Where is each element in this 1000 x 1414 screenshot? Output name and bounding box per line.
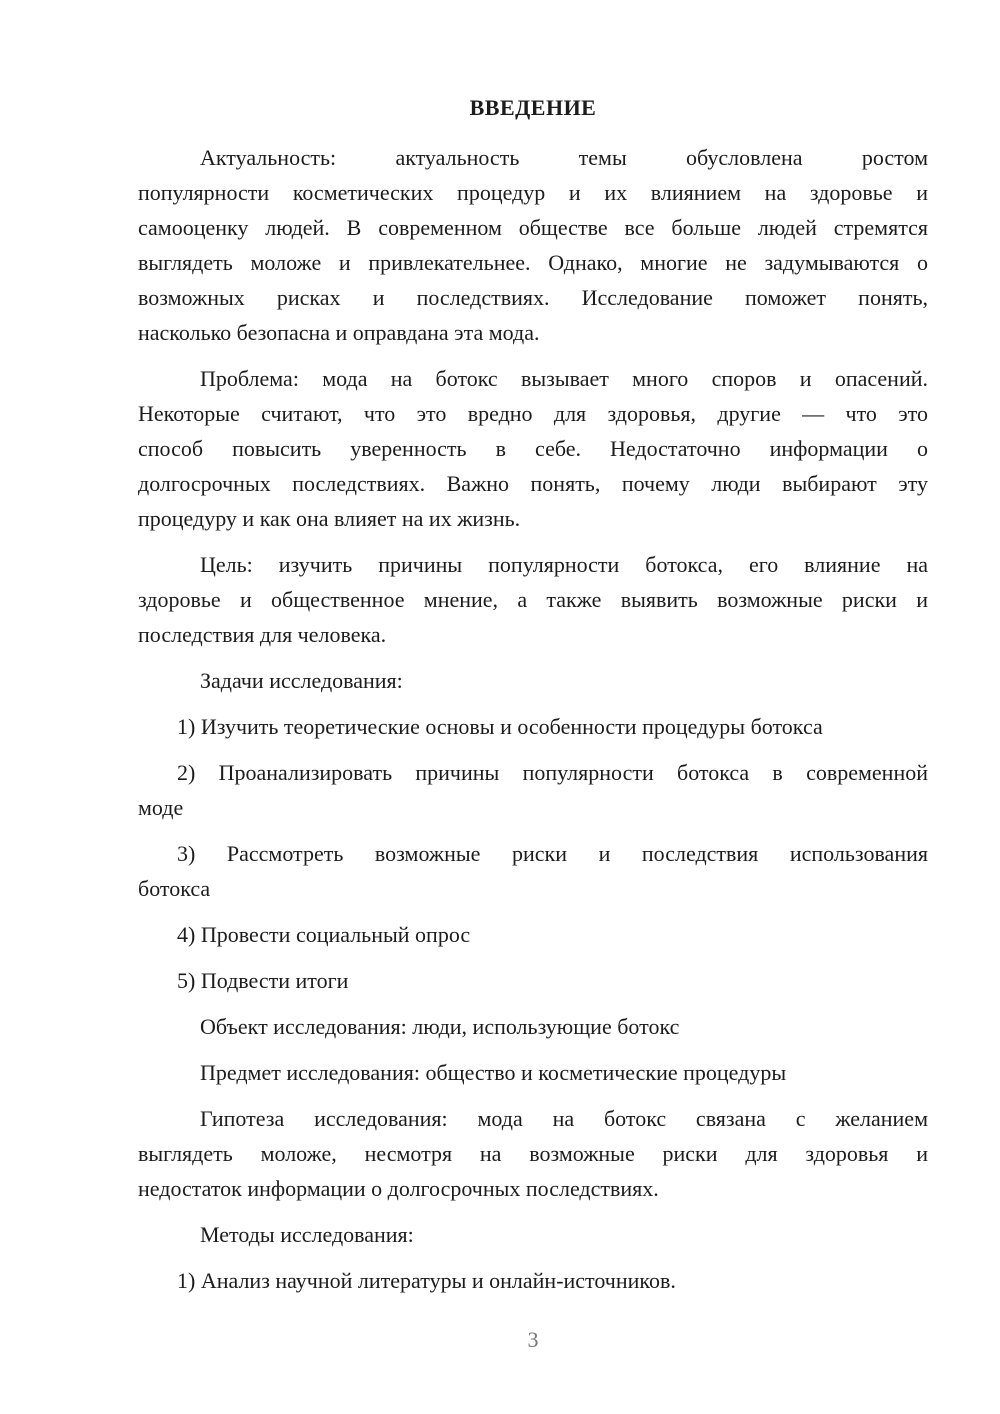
text-line: долгосрочных последствиях. Важно понять,… xyxy=(138,466,928,501)
paragraph: Объект исследования: люди, использующие … xyxy=(138,1009,928,1044)
text-line: Некоторые считают, что это вредно для зд… xyxy=(138,396,928,431)
text-line: моде xyxy=(138,790,928,825)
text-line: насколько безопасна и оправдана эта мода… xyxy=(138,315,928,350)
document-body: Актуальность: актуальность темы обусловл… xyxy=(138,140,928,1298)
text-line: выглядеть моложе, несмотря на возможные … xyxy=(138,1136,928,1171)
document-page: ВВЕДЕНИЕ Актуальность: актуальность темы… xyxy=(0,0,1000,1414)
list-item: 3) Рассмотреть возможные риски и последс… xyxy=(138,836,928,906)
text-line: 1) Анализ научной литературы и онлайн-ис… xyxy=(138,1263,928,1298)
paragraph: Задачи исследования: xyxy=(138,663,928,698)
text-line: здоровье и общественное мнение, а также … xyxy=(138,582,928,617)
text-line: Проблема: мода на ботокс вызывает много … xyxy=(138,361,928,396)
text-line: Методы исследования: xyxy=(138,1217,928,1252)
text-line: выглядеть моложе и привлекательнее. Одна… xyxy=(138,245,928,280)
text-line: недостаток информации о долгосрочных пос… xyxy=(138,1171,928,1206)
text-line: способ повысить уверенность в себе. Недо… xyxy=(138,431,928,466)
text-line: последствия для человека. xyxy=(138,617,928,652)
text-line: Цель: изучить причины популярности боток… xyxy=(138,547,928,582)
text-line: Предмет исследования: общество и космети… xyxy=(138,1055,928,1090)
page-number: 3 xyxy=(138,1322,928,1357)
paragraph: Гипотеза исследования: мода на ботокс св… xyxy=(138,1101,928,1206)
text-line: Актуальность: актуальность темы обусловл… xyxy=(138,140,928,175)
paragraph: Цель: изучить причины популярности боток… xyxy=(138,547,928,652)
text-line: Объект исследования: люди, использующие … xyxy=(138,1009,928,1044)
paragraph: Актуальность: актуальность темы обусловл… xyxy=(138,140,928,350)
list-item: 5) Подвести итоги xyxy=(138,963,928,998)
paragraph: Предмет исследования: общество и космети… xyxy=(138,1055,928,1090)
text-line: самооценку людей. В современном обществе… xyxy=(138,210,928,245)
text-line: процедуру и как она влияет на их жизнь. xyxy=(138,501,928,536)
text-line: Задачи исследования: xyxy=(138,663,928,698)
list-item: 2) Проанализировать причины популярности… xyxy=(138,755,928,825)
list-item: 4) Провести социальный опрос xyxy=(138,917,928,952)
text-line: 2) Проанализировать причины популярности… xyxy=(138,755,928,790)
text-line: Гипотеза исследования: мода на ботокс св… xyxy=(138,1101,928,1136)
text-line: 3) Рассмотреть возможные риски и последс… xyxy=(138,836,928,871)
text-line: ботокса xyxy=(138,871,928,906)
text-line: популярности косметических процедур и их… xyxy=(138,175,928,210)
list-item: 1) Анализ научной литературы и онлайн-ис… xyxy=(138,1263,928,1298)
paragraph: Проблема: мода на ботокс вызывает много … xyxy=(138,361,928,536)
text-line: 4) Провести социальный опрос xyxy=(138,917,928,952)
page-title: ВВЕДЕНИЕ xyxy=(138,90,928,125)
list-item: 1) Изучить теоретические основы и особен… xyxy=(138,709,928,744)
paragraph: Методы исследования: xyxy=(138,1217,928,1252)
text-line: 1) Изучить теоретические основы и особен… xyxy=(138,709,928,744)
text-line: 5) Подвести итоги xyxy=(138,963,928,998)
text-line: возможных рисках и последствиях. Исследо… xyxy=(138,280,928,315)
